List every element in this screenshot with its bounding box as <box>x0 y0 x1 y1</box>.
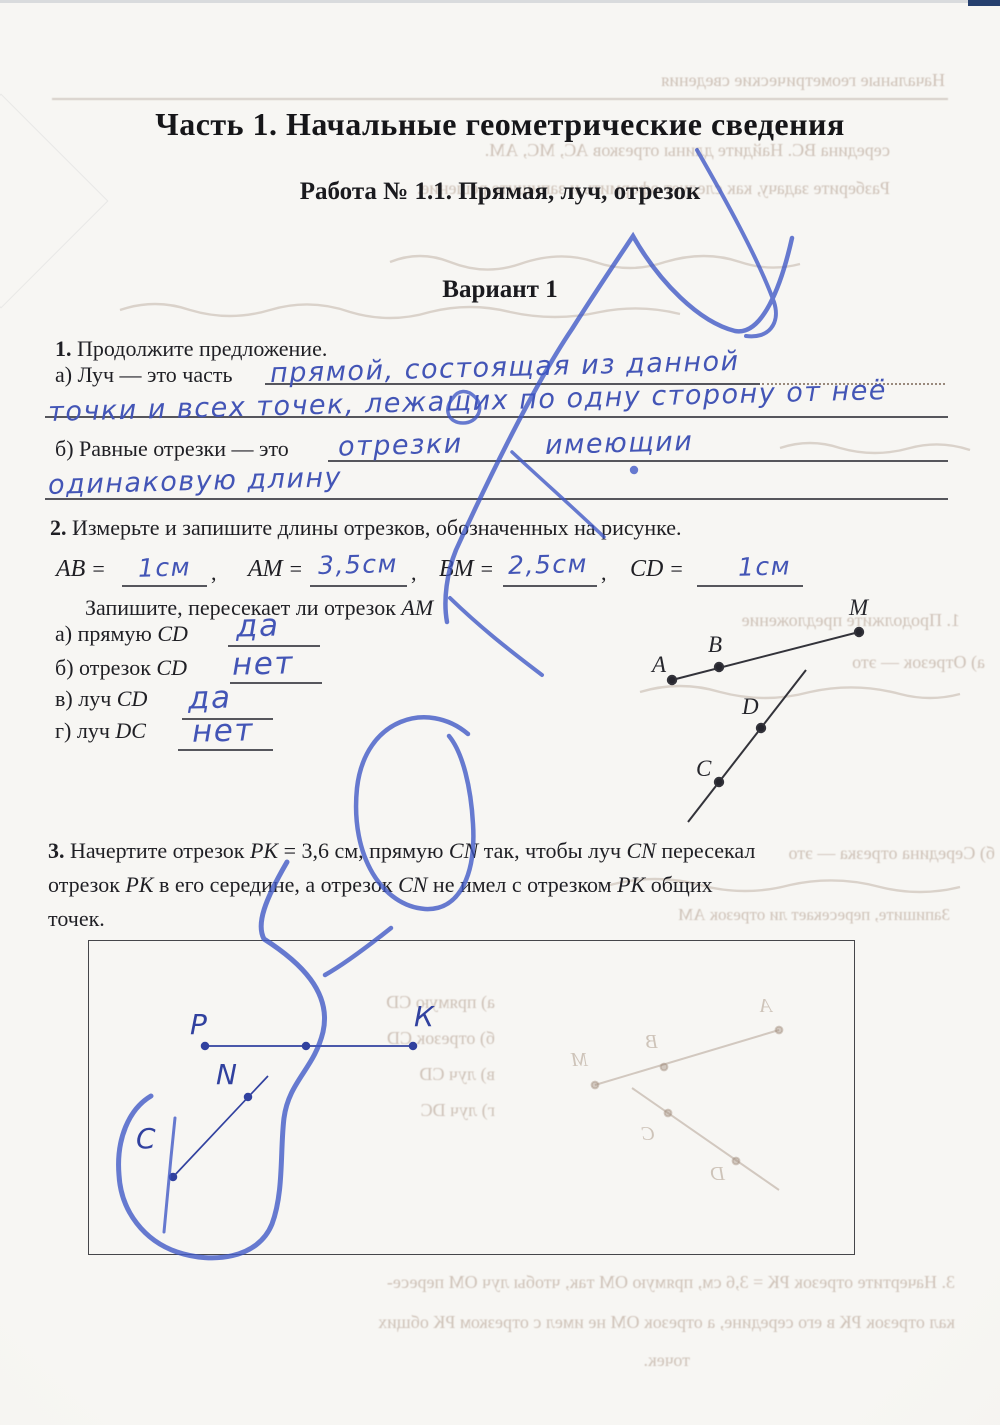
measurement-cd-value: 1см <box>738 551 792 581</box>
scan-top-edge <box>0 0 1000 3</box>
measurement-cd-line <box>697 585 803 587</box>
measurement-am-line <box>310 585 407 587</box>
drawing-box <box>88 940 855 1255</box>
figure-label-d: D <box>741 694 759 719</box>
variant-heading: Вариант 1 <box>30 276 970 304</box>
bleed-bottom-line2: кал отрезок РК в его середине, а отрезок… <box>55 1312 955 1333</box>
task2-item-a-answer: да <box>236 607 280 644</box>
separator: , <box>601 560 607 586</box>
task2-item-b-label: б) отрезок CD <box>55 655 187 681</box>
figure-label-c: C <box>696 756 712 781</box>
task3-line3: точек. <box>48 906 105 932</box>
task1-item-a-label: а) Луч — это часть <box>55 362 233 388</box>
handwritten-answer-b2: одинаковую длину <box>48 462 343 501</box>
task2-item-g-label: г) луч DC <box>55 718 146 744</box>
task2-item-b-answer: нет <box>232 645 295 683</box>
bleed-top-line1: середина ВС. Найдите длины отрезков АС, … <box>200 140 890 161</box>
measurement-ab-label: AB= <box>56 556 112 583</box>
bleed-header: Начальные геометрические сведения <box>545 70 945 91</box>
answer-line <box>45 498 948 500</box>
bleed-header-rule <box>52 98 948 100</box>
task2-item-g-answer: нет <box>192 712 255 750</box>
task3-line2: отрезок PK в его середине, а отрезок CN … <box>48 872 713 898</box>
measurement-bm-label: BM= <box>439 556 500 583</box>
task1-item-b-label: б) Равные отрезки — это <box>55 436 289 462</box>
measurement-am-label: AM= <box>248 556 309 583</box>
task2-prompt: 2. Измерьте и запишите длины отрезков, о… <box>50 515 682 541</box>
measurement-bm-value: 2,5см <box>508 549 589 580</box>
separator: , <box>411 560 417 586</box>
measurement-ab-value: 1см <box>138 552 192 582</box>
task2-item-v-label: в) луч CD <box>55 686 147 712</box>
measurement-am-value: 3,5см <box>318 549 399 580</box>
separator: , <box>211 560 217 586</box>
task2-item-v-answer: да <box>188 679 232 716</box>
handwritten-answer-b1-word1: отрезки <box>338 428 463 462</box>
measurement-cd-label: CD= <box>630 556 690 583</box>
task3-line1: 3. Начертите отрезок PK = 3,6 см, прямую… <box>48 838 755 864</box>
bleed-bottom-line3: точек. <box>290 1350 690 1371</box>
scanned-workbook-page: Начальные геометрические сведения середи… <box>0 0 1000 1425</box>
task2-item-a-label: а) прямую CD <box>55 621 188 647</box>
page-title: Часть 1. Начальные геометрические сведен… <box>30 106 970 143</box>
bleed-bottom-line1: 3. Начертите отрезок РК = 3,6 см, прямую… <box>55 1272 955 1293</box>
bleed-mid4: Запишите, пересекает ли отрезок АМ <box>600 905 950 925</box>
bleed-mid2: а) Отрезок — это <box>640 652 985 673</box>
work-subtitle: Работа № 1.1. Прямая, луч, отрезок <box>30 178 970 206</box>
measurement-ab-line <box>122 585 207 587</box>
scan-corner-mark <box>968 0 1000 6</box>
measurement-bm-line <box>503 585 597 587</box>
bleed-mid1: 1. Продолжите предложение <box>650 610 960 631</box>
handwritten-answer-b1-word2: имеющии <box>545 426 694 461</box>
